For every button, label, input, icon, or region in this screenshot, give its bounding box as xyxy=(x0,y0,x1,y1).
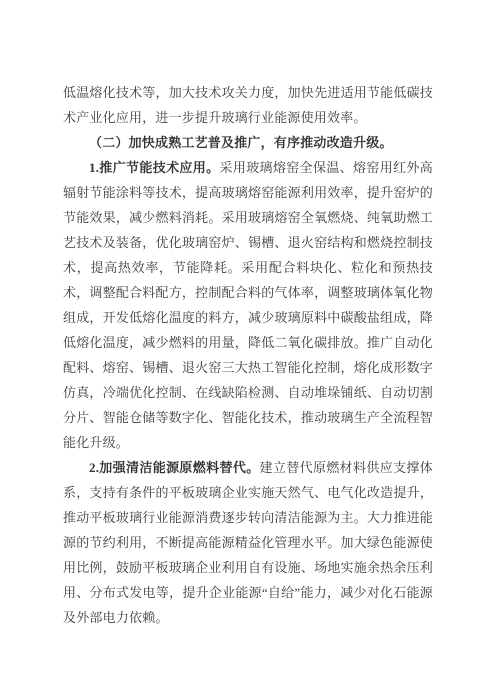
document-text-block: 低温熔化技术等，加大技术攻关力度，加快先进适用节能低碳技术产业化应用，进一步提升… xyxy=(63,80,433,630)
paragraph-continuation: 低温熔化技术等，加大技术攻关力度，加快先进适用节能低碳技术产业化应用，进一步提升… xyxy=(63,80,433,130)
document-page: 低温熔化技术等，加大技术攻关力度，加快先进适用节能低碳技术产业化应用，进一步提升… xyxy=(0,0,495,700)
paragraph-1-lead: 1.推广节能技术应用。 xyxy=(89,160,220,175)
paragraph-numbered-1: 1.推广节能技术应用。采用玻璃熔窑全保温、熔窑用红外高辐射节能涂料等技术，提高玻… xyxy=(63,155,433,455)
section-heading: （二）加快成熟工艺普及推广，有序推动改造升级。 xyxy=(63,130,433,155)
paragraph-numbered-2: 2.加强清洁能源原燃料替代。建立替代原燃材料供应支撑体系，支持有条件的平板玻璃企… xyxy=(63,455,433,630)
paragraph-1-body: 采用玻璃熔窑全保温、熔窑用红外高辐射节能涂料等技术，提高玻璃熔窑能源利用效率，提… xyxy=(63,160,433,450)
paragraph-2-body: 建立替代原燃材料供应支撑体系，支持有条件的平板玻璃企业实施天然气、电气化改造提升… xyxy=(63,460,433,625)
paragraph-2-lead: 2.加强清洁能源原燃料替代。 xyxy=(89,460,260,475)
